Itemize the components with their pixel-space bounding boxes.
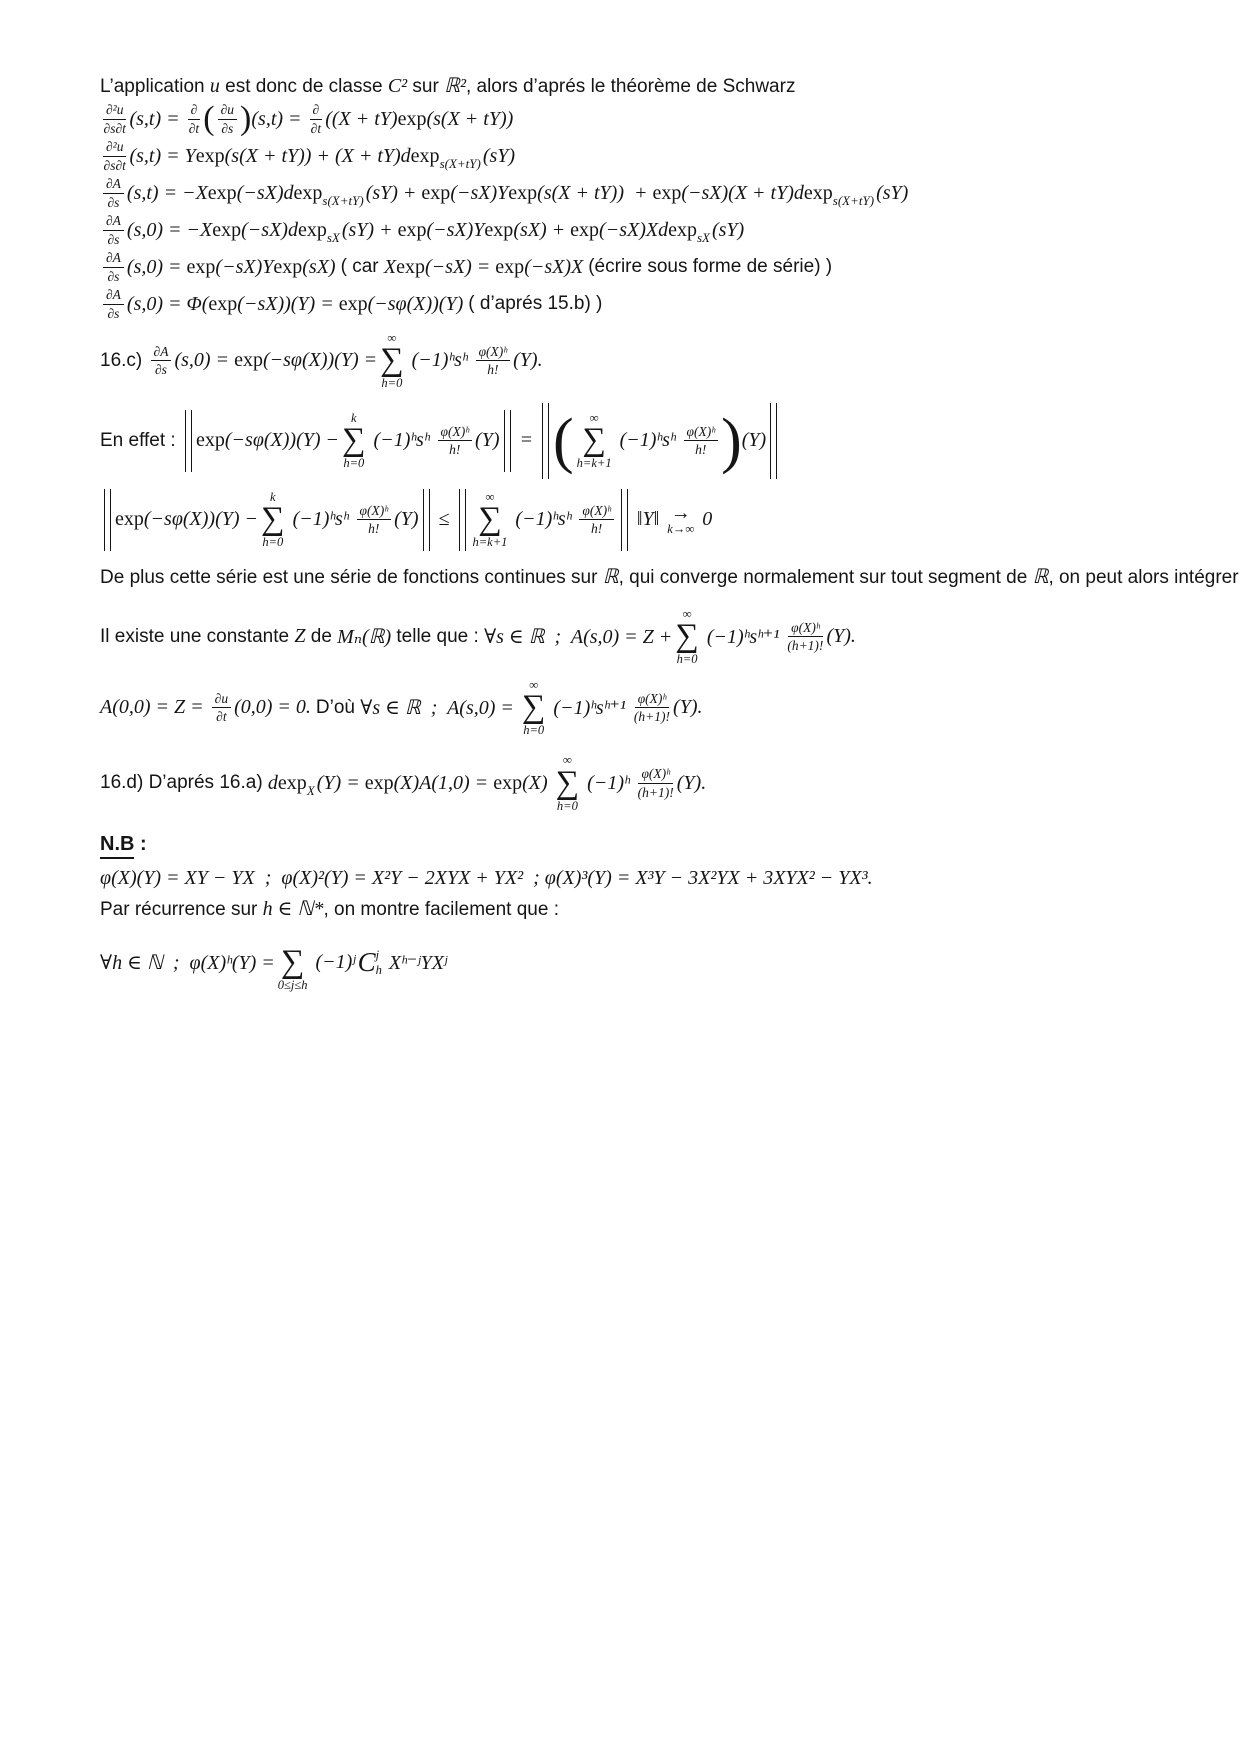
line-eq-16d: 16.d) D’aprés 16.a) dexpX(Y) = exp(X)A(1… bbox=[100, 754, 1240, 813]
fraction: ∂u∂s bbox=[218, 102, 237, 136]
math-roman-run: exp bbox=[495, 256, 524, 279]
summation: ∑0≤j≤h bbox=[278, 933, 308, 992]
math-run: (Y). bbox=[677, 772, 706, 795]
fraction: φ(X)ʰh! bbox=[579, 503, 614, 537]
math-run: u bbox=[210, 75, 220, 97]
big-paren: ( bbox=[203, 102, 214, 136]
fraction-denominator: (h+1)! bbox=[638, 784, 674, 801]
math-subscript: s(X+tY) bbox=[440, 156, 481, 172]
math-run: (sX) + bbox=[513, 219, 570, 242]
fraction-numerator: ∂u bbox=[212, 691, 231, 709]
prose-run: est donc de classe bbox=[220, 76, 388, 97]
math-roman-run: exp bbox=[234, 349, 263, 372]
fraction-numerator: φ(X)ʰ bbox=[788, 620, 823, 638]
fraction-denominator: h! bbox=[695, 441, 706, 458]
big-paren: ) bbox=[721, 410, 742, 472]
math-run: (−sφ(X))(Y) bbox=[368, 293, 469, 316]
math-roman-run: exp bbox=[212, 219, 241, 242]
prose-run: telle que : bbox=[391, 626, 484, 648]
double-norm-bars bbox=[423, 489, 430, 551]
fraction-denominator: h! bbox=[591, 520, 602, 537]
sum-lower-limit: 0≤j≤h bbox=[278, 978, 308, 992]
math-run: (X)A(1,0) = bbox=[394, 772, 494, 795]
sum-lower-limit: h=0 bbox=[262, 535, 283, 549]
math-roman-run: exp bbox=[196, 145, 225, 168]
prose-run: sur bbox=[407, 76, 444, 97]
math-run: (s,0) = Φ( bbox=[127, 293, 208, 316]
summation: ∞∑h=0 bbox=[675, 607, 699, 666]
math-run: (−1)ʰ bbox=[582, 772, 635, 795]
fraction-denominator: ∂s bbox=[107, 268, 119, 285]
summation: k∑h=0 bbox=[261, 490, 285, 549]
fraction: φ(X)ʰh! bbox=[476, 344, 511, 378]
prose-run: , on peut alors intégrer terme à terme. bbox=[1048, 567, 1240, 588]
math-run: Mₙ(ℝ) bbox=[337, 624, 391, 649]
fraction: φ(X)ʰ(h+1)! bbox=[634, 691, 670, 725]
prose-bold-run: : bbox=[134, 833, 146, 855]
fraction: ∂²u∂s∂t bbox=[103, 102, 126, 136]
fraction: ∂A∂s bbox=[103, 287, 124, 321]
prose-run: 16.d) D’aprés 16.a) bbox=[100, 772, 268, 794]
math-subscript: sX bbox=[697, 230, 710, 246]
math-run: (−sX)Xd bbox=[599, 219, 668, 242]
prose-run: 16.c) bbox=[100, 350, 148, 372]
summation: ∞∑h=0 bbox=[556, 754, 580, 813]
math-roman-run: exp bbox=[396, 256, 425, 279]
math-run: (sY) + bbox=[366, 182, 422, 205]
math-run: (sY) + bbox=[342, 219, 398, 242]
math-run: (s,t) = bbox=[129, 108, 184, 131]
math-roman-run: exp bbox=[298, 219, 327, 242]
math-roman-run: exp bbox=[115, 508, 144, 531]
fraction-denominator: ∂t bbox=[189, 120, 199, 137]
prose-run: De plus cette série est une série de fon… bbox=[100, 567, 603, 588]
math-run: (s,t) = bbox=[251, 108, 306, 131]
fraction: ∂A∂s bbox=[103, 213, 124, 247]
math-run: (Y). bbox=[673, 696, 702, 719]
fraction-denominator: ∂s bbox=[155, 361, 167, 378]
math-run: d bbox=[268, 772, 278, 795]
math-run: ((X + tY) bbox=[325, 108, 397, 131]
math-run: (−1)ʰsʰ⁺¹ bbox=[548, 695, 631, 720]
math-run: (−1)ʰsʰ bbox=[369, 429, 435, 452]
line-eq-dA-s0-c: ∂A∂s(s,0) = Φ(exp(−sX))(Y) = exp(−sφ(X))… bbox=[100, 287, 1240, 321]
fraction-denominator: (h+1)! bbox=[787, 637, 823, 654]
sigma-icon: ∑ bbox=[380, 345, 404, 376]
math-run: (−1)ʰsʰ bbox=[407, 349, 473, 372]
sigma-icon: ∑ bbox=[342, 425, 366, 456]
fraction-numerator: ∂ bbox=[310, 102, 323, 120]
math-subscript: s(X+tY) bbox=[322, 193, 363, 209]
math-run: ∀h ∈ ℕ ; φ(X)ʰ(Y) = bbox=[100, 950, 275, 975]
math-run: (−sX)Y bbox=[426, 219, 484, 242]
math-run: = bbox=[515, 429, 539, 452]
math-run: (0,0) = 0. bbox=[234, 696, 316, 719]
binomial-coefficient: Cjh bbox=[358, 948, 382, 977]
line-eq-dA-st: ∂A∂s(s,t) = −Xexp(−sX)dexps(X+tY)(sY) + … bbox=[100, 176, 1240, 210]
fraction: φ(X)ʰh! bbox=[684, 424, 719, 458]
math-subscript: s(X+tY) bbox=[833, 193, 874, 209]
math-run: φ(X)(Y) = XY − YX ; φ(X)²(Y) = X²Y − 2XY… bbox=[100, 867, 873, 890]
document-page: L’application u est donc de classe C² su… bbox=[0, 0, 1240, 1754]
math-roman-run: exp bbox=[570, 219, 599, 242]
math-roman-run: exp bbox=[273, 256, 302, 279]
summation: k∑h=0 bbox=[342, 411, 366, 470]
prose-run: L’application bbox=[100, 76, 210, 97]
line-para-constante: Il existe une constante Z de Mₙ(ℝ) telle… bbox=[100, 607, 1240, 666]
math-run: ℝ bbox=[1033, 566, 1049, 588]
binomial-base: C bbox=[358, 949, 376, 976]
sigma-icon: ∑ bbox=[261, 504, 285, 535]
fraction-denominator: h! bbox=[487, 361, 498, 378]
math-roman-run: exp bbox=[508, 182, 537, 205]
fraction-numerator: φ(X)ʰ bbox=[357, 503, 392, 521]
math-roman-run: exp bbox=[398, 108, 427, 131]
prose-run: En effet : bbox=[100, 430, 181, 452]
fraction: φ(X)ʰh! bbox=[357, 503, 392, 537]
summation: ∞∑h=0 bbox=[522, 678, 546, 737]
prose-run: de bbox=[305, 626, 337, 648]
sigma-icon: ∑ bbox=[582, 425, 606, 456]
fraction-denominator: ∂t bbox=[216, 708, 226, 725]
math-run: A(0,0) = Z = bbox=[100, 696, 209, 719]
math-roman-run: exp bbox=[365, 772, 394, 795]
sum-lower-limit: h=0 bbox=[677, 652, 698, 666]
double-norm-bars bbox=[104, 489, 111, 551]
fraction-numerator: φ(X)ʰ bbox=[579, 503, 614, 521]
math-roman-run: exp bbox=[411, 145, 440, 168]
sigma-icon: ∑ bbox=[281, 947, 305, 978]
math-run: (s(X + tY)) + (X + tY)d bbox=[225, 145, 411, 168]
math-run: (Y). bbox=[826, 625, 855, 648]
fraction-denominator: h! bbox=[449, 441, 460, 458]
fraction-numerator: ∂A bbox=[103, 250, 124, 268]
line-nb-heading: N.B : bbox=[100, 833, 1240, 859]
math-run: (Y). bbox=[513, 349, 542, 372]
math-run: (−1)ʰsʰ bbox=[288, 508, 354, 531]
double-norm-bars bbox=[770, 403, 777, 479]
math-run: (Y) bbox=[742, 429, 766, 452]
fraction-denominator: ∂s bbox=[221, 120, 233, 137]
fraction-numerator: ∂ bbox=[188, 102, 201, 120]
math-run: (s,0) = bbox=[127, 256, 187, 279]
sum-lower-limit: h=0 bbox=[557, 799, 578, 813]
math-run: (s,0) = −X bbox=[127, 219, 212, 242]
fraction-denominator: ∂s bbox=[107, 194, 119, 211]
math-run: (s,t) = −X bbox=[127, 182, 208, 205]
fraction-numerator: ∂²u bbox=[103, 139, 126, 157]
fraction-denominator: (h+1)! bbox=[634, 708, 670, 725]
fraction-denominator: ∂s∂t bbox=[104, 120, 126, 137]
prose-run: D’où bbox=[316, 697, 360, 719]
line-eq-16c: 16.c) ∂A∂s(s,0) = exp(−sφ(X))(Y) =∞∑h=0 … bbox=[100, 331, 1240, 390]
sum-lower-limit: h=k+1 bbox=[577, 456, 612, 470]
math-roman-run: exp bbox=[668, 219, 697, 242]
math-roman-run: exp bbox=[398, 219, 427, 242]
math-roman-run: exp bbox=[421, 182, 450, 205]
math-run: ≤ bbox=[434, 508, 455, 531]
fraction: ∂u∂t bbox=[212, 691, 231, 725]
math-run: ℝ² bbox=[444, 75, 466, 97]
fraction-numerator: φ(X)ʰ bbox=[638, 766, 673, 784]
line-eq-forall-h: ∀h ∈ ℕ ; φ(X)ʰ(Y) =∑0≤j≤h (−1)ʲCjh Xʰ⁻ʲY… bbox=[100, 933, 1240, 992]
fraction: ∂²u∂s∂t bbox=[103, 139, 126, 173]
math-run: (Y) = bbox=[317, 772, 365, 795]
math-run: (Y) bbox=[475, 429, 499, 452]
fraction: φ(X)ʰ(h+1)! bbox=[638, 766, 674, 800]
summation: ∞∑h=0 bbox=[380, 331, 404, 390]
math-run: (sY) bbox=[876, 182, 908, 205]
fraction-numerator: ∂A bbox=[103, 176, 124, 194]
math-run: (−1)ʰsʰ bbox=[510, 508, 576, 531]
math-run: (s,t) = Y bbox=[129, 145, 195, 168]
math-run: ∀s ∈ ℝ ; A(s,0) = Z + bbox=[484, 624, 672, 649]
math-run: (s(X + tY)) + bbox=[537, 182, 652, 205]
big-paren: ) bbox=[240, 102, 251, 136]
math-roman-run: exp bbox=[484, 219, 513, 242]
double-norm-bars bbox=[185, 410, 192, 472]
summation: ∞∑h=k+1 bbox=[577, 411, 612, 470]
fraction-numerator: φ(X)ʰ bbox=[635, 691, 670, 709]
fraction: φ(X)ʰh! bbox=[438, 424, 473, 458]
math-run: (s(X + tY)) bbox=[426, 108, 513, 131]
fraction-numerator: ∂A bbox=[103, 287, 124, 305]
line-eq-A00: A(0,0) = Z = ∂u∂t(0,0) = 0. D’où ∀s ∈ ℝ … bbox=[100, 678, 1240, 737]
math-run: (−sφ(X))(Y) − bbox=[144, 508, 258, 531]
line-eq-dA-s0-b: ∂A∂s(s,0) = exp(−sX)Yexp(sX) ( car Xexp(… bbox=[100, 250, 1240, 284]
math-run: (−sφ(X))(Y) − bbox=[225, 429, 339, 452]
big-paren: ( bbox=[553, 410, 574, 472]
fraction: ∂A∂s bbox=[151, 344, 172, 378]
sum-lower-limit: h=0 bbox=[343, 456, 364, 470]
math-roman-run: exp bbox=[187, 256, 216, 279]
math-run: (−sX)d bbox=[237, 182, 294, 205]
math-subscript: X bbox=[307, 783, 315, 799]
double-norm-bars bbox=[504, 410, 511, 472]
sum-lower-limit: h=0 bbox=[523, 724, 544, 738]
math-run: (−sX)Y bbox=[215, 256, 273, 279]
math-run: 0 bbox=[697, 508, 712, 531]
nb-label: N.B bbox=[100, 833, 134, 859]
math-run: (−sX)(X + tY)d bbox=[681, 182, 804, 205]
binomial-sub: h bbox=[376, 963, 382, 977]
math-run: (−sX)Y bbox=[450, 182, 508, 205]
math-run: C² bbox=[388, 75, 407, 97]
prose-run: Par récurrence sur bbox=[100, 899, 263, 920]
math-run: (Y) bbox=[394, 508, 418, 531]
line-para-serie: De plus cette série est une série de fon… bbox=[100, 561, 1120, 593]
math-roman-run: exp bbox=[804, 182, 833, 205]
math-roman-run: exp bbox=[208, 293, 237, 316]
math-run: (−1)ʰsʰ⁺¹ bbox=[702, 624, 785, 649]
double-norm-bars bbox=[542, 403, 549, 479]
math-roman-run: exp bbox=[196, 429, 225, 452]
prose-run: ( car bbox=[341, 256, 384, 278]
math-run: h ∈ ℕ* bbox=[263, 898, 324, 920]
prose-run: Il existe une constante bbox=[100, 626, 294, 648]
line-para-recurrence: Par récurrence sur h ∈ ℕ*, on montre fac… bbox=[100, 896, 1240, 921]
math-run: Xʰ⁻ʲYXʲ bbox=[384, 950, 447, 975]
math-run: X bbox=[384, 256, 396, 279]
fraction-numerator: ∂A bbox=[103, 213, 124, 231]
fraction-denominator: ∂t bbox=[311, 120, 321, 137]
fraction-numerator: φ(X)ʰ bbox=[684, 424, 719, 442]
math-roman-run: exp bbox=[278, 772, 307, 795]
limit-arrow: →k→∞ bbox=[667, 503, 694, 536]
arrow-under-label: k→∞ bbox=[667, 523, 694, 536]
math-run: (−sφ(X))(Y) = bbox=[263, 349, 377, 372]
math-run: (−sX)d bbox=[241, 219, 298, 242]
fraction-numerator: ∂A bbox=[151, 344, 172, 362]
fraction: ∂A∂s bbox=[103, 176, 124, 210]
line-eq-dA-s0-a: ∂A∂s(s,0) = −Xexp(−sX)dexpsX(sY) + exp(−… bbox=[100, 213, 1240, 247]
math-run: (−1)ʰsʰ bbox=[615, 429, 681, 452]
sum-lower-limit: h=k+1 bbox=[473, 535, 508, 549]
math-roman-run: exp bbox=[652, 182, 681, 205]
math-run: ‖Y‖ bbox=[632, 508, 664, 531]
sigma-icon: ∑ bbox=[478, 504, 502, 535]
double-norm-bars bbox=[459, 489, 466, 551]
prose-run: , qui converge normalement sur tout segm… bbox=[619, 567, 1033, 588]
double-norm-bars bbox=[621, 489, 628, 551]
math-run: (−sX)X bbox=[524, 256, 588, 279]
math-run: (sY) bbox=[712, 219, 744, 242]
math-roman-run: exp bbox=[493, 772, 522, 795]
fraction-numerator: ∂²u bbox=[103, 102, 126, 120]
line-eq-d2u-1: ∂²u∂s∂t(s,t) = ∂∂t(∂u∂s)(s,t) = ∂∂t((X +… bbox=[100, 102, 1240, 136]
line-eq-norm2: exp(−sφ(X))(Y) −k∑h=0 (−1)ʰsʰ φ(X)ʰh!(Y)… bbox=[100, 489, 1240, 551]
line-intro: L’application u est donc de classe C² su… bbox=[100, 73, 1240, 98]
fraction: φ(X)ʰ(h+1)! bbox=[787, 620, 823, 654]
prose-run: (écrire sous forme de série) ) bbox=[588, 256, 832, 278]
math-roman-run: exp bbox=[294, 182, 323, 205]
math-run: Z bbox=[294, 625, 305, 648]
math-run: (−sX) = bbox=[425, 256, 495, 279]
fraction-numerator: φ(X)ʰ bbox=[438, 424, 473, 442]
sum-lower-limit: h=0 bbox=[381, 377, 402, 391]
math-run: (s,0) = bbox=[174, 349, 234, 372]
line-eq-d2u-2: ∂²u∂s∂t(s,t) = Yexp(s(X + tY)) + (X + tY… bbox=[100, 139, 1240, 173]
sigma-icon: ∑ bbox=[522, 692, 546, 723]
math-run: (−1)ʲ bbox=[310, 951, 355, 974]
prose-run: , alors d’aprés le théorème de Schwarz bbox=[466, 76, 796, 97]
math-run: (X) bbox=[522, 772, 553, 795]
line-eq-eneffet: En effet : exp(−sφ(X))(Y) −k∑h=0 (−1)ʰsʰ… bbox=[100, 403, 1240, 479]
fraction-numerator: φ(X)ʰ bbox=[476, 344, 511, 362]
sigma-icon: ∑ bbox=[675, 621, 699, 652]
summation: ∞∑h=k+1 bbox=[473, 490, 508, 549]
fraction-denominator: h! bbox=[368, 520, 379, 537]
binomial-sup: j bbox=[376, 948, 382, 962]
fraction-denominator: ∂s bbox=[107, 305, 119, 322]
prose-run: ( d’aprés 15.b) ) bbox=[468, 293, 602, 315]
binomial-stack: jh bbox=[376, 948, 382, 977]
arrow-icon: → bbox=[671, 503, 691, 523]
fraction-denominator: ∂s bbox=[107, 231, 119, 248]
prose-run: , on montre facilement que : bbox=[323, 899, 559, 920]
math-roman-run: exp bbox=[208, 182, 237, 205]
math-run: ℝ bbox=[603, 566, 619, 588]
math-subscript: sX bbox=[327, 230, 340, 246]
fraction: ∂∂t bbox=[188, 102, 201, 136]
fraction: ∂∂t bbox=[310, 102, 323, 136]
math-run: ∀s ∈ ℝ ; A(s,0) = bbox=[360, 695, 519, 720]
sigma-icon: ∑ bbox=[556, 768, 580, 799]
line-eq-phi-powers: φ(X)(Y) = XY − YX ; φ(X)²(Y) = X²Y − 2XY… bbox=[100, 867, 1240, 890]
fraction-denominator: ∂s∂t bbox=[104, 157, 126, 174]
math-run: (−sX))(Y) = bbox=[237, 293, 338, 316]
fraction-numerator: ∂u bbox=[218, 102, 237, 120]
math-roman-run: exp bbox=[339, 293, 368, 316]
math-run: (sY) bbox=[483, 145, 515, 168]
fraction: ∂A∂s bbox=[103, 250, 124, 284]
math-run: (sX) bbox=[302, 256, 340, 279]
